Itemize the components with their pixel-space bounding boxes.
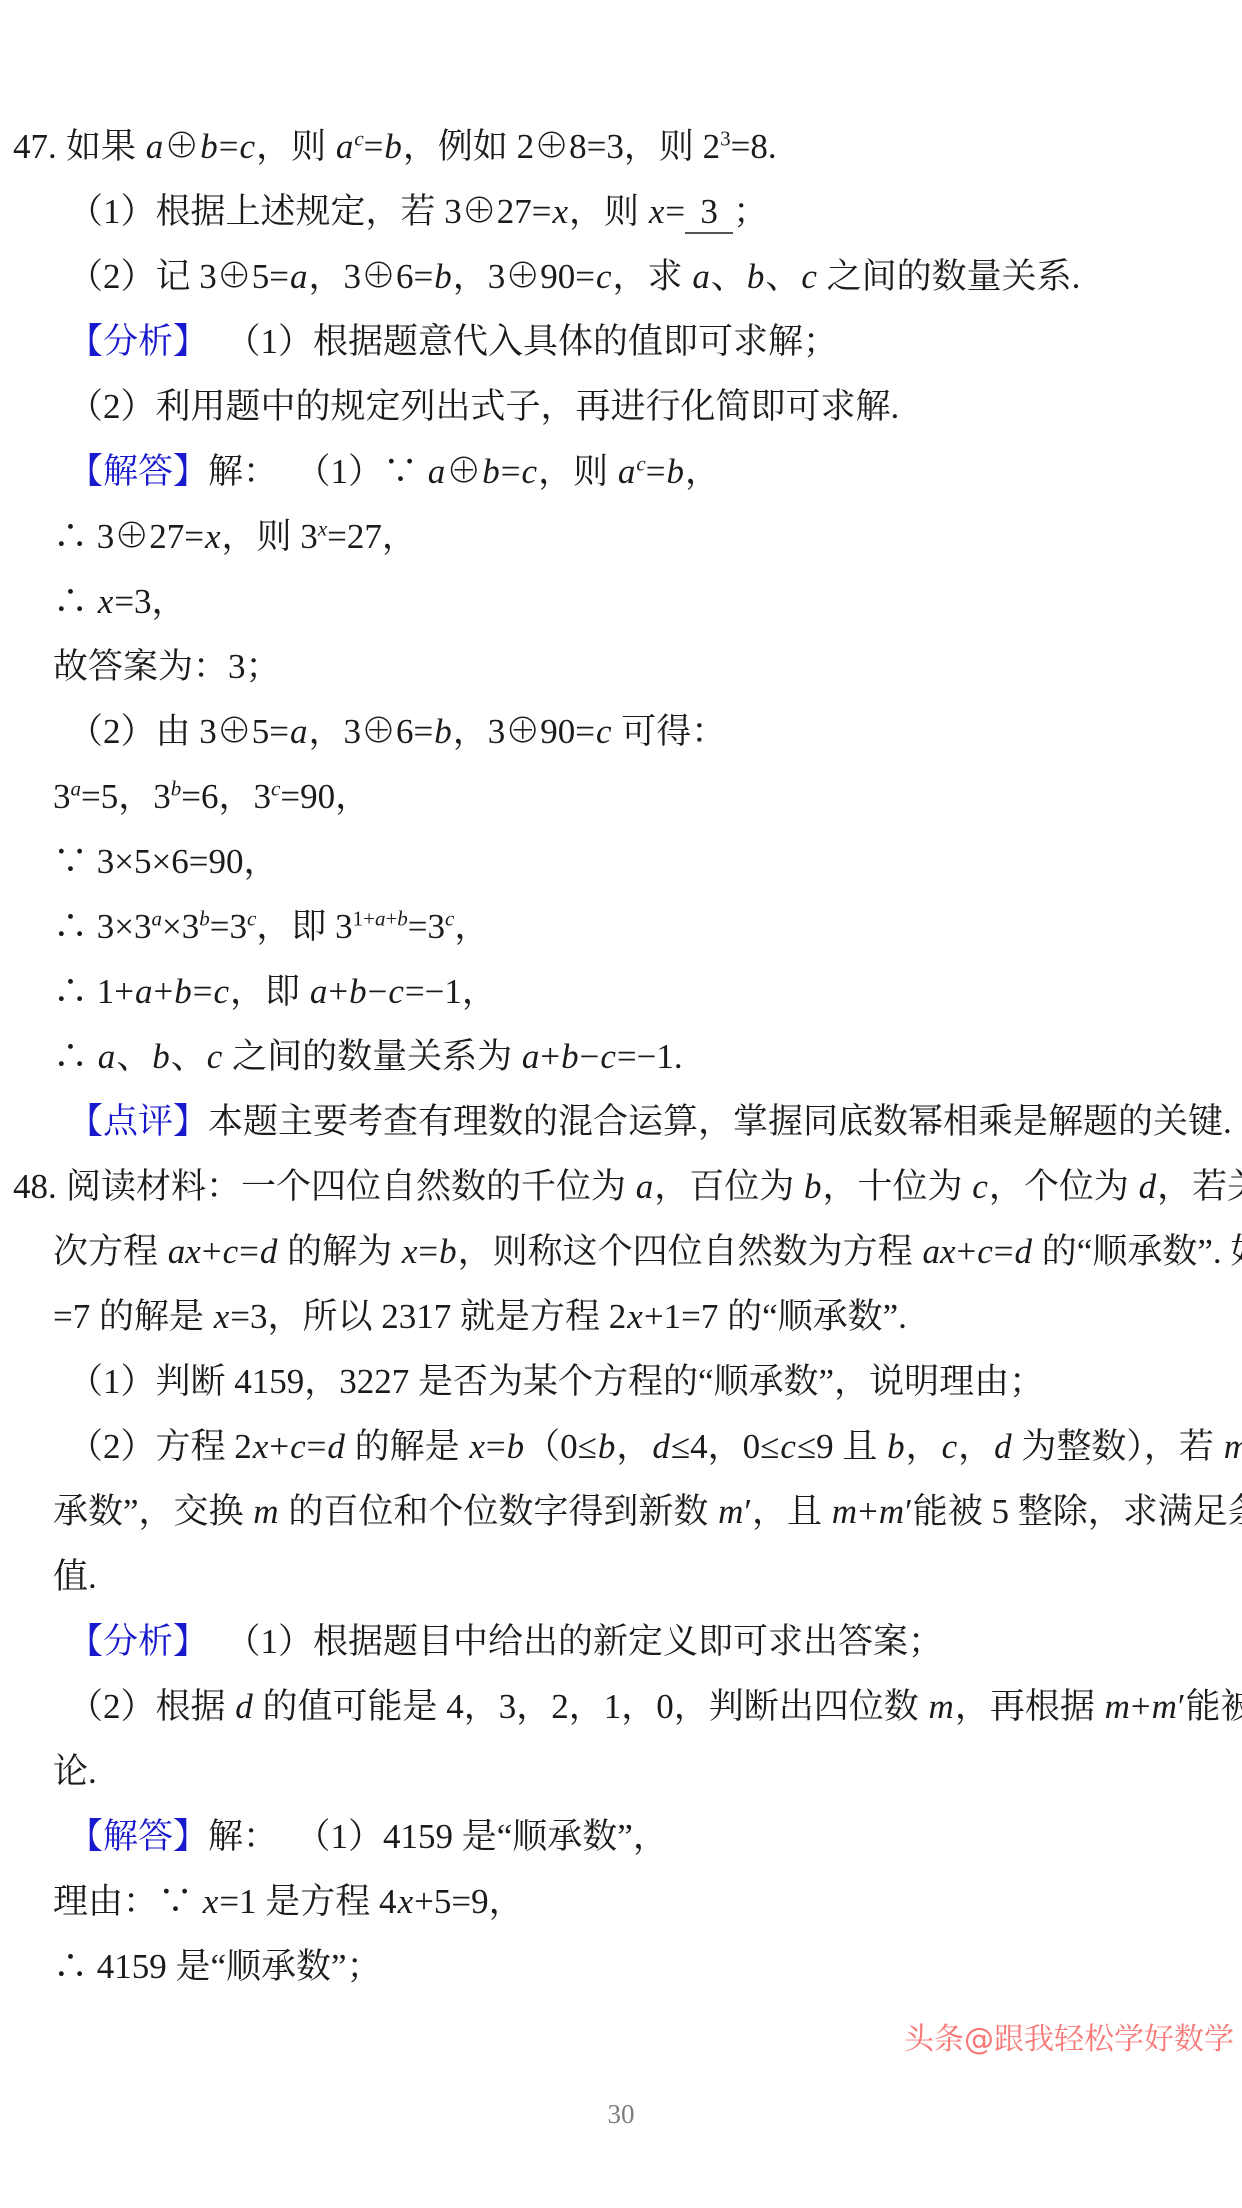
problem-48-part2a: （2）方程 2x+c=d 的解是 x=b（0≤b，d≤4，0≤c≤9 且 b，c… xyxy=(0,1414,1242,1479)
problem-48-analysis-2: （2）根据 d 的值可能是 4，3，2，1，0，判断出四位数 m，再根据 m+m… xyxy=(0,1674,1242,1739)
problem-48-solution-3: ∴ 4159 是“顺承数”； xyxy=(0,1934,1242,1999)
problem-47-analysis-2: （2）利用题中的规定列出式子，再进行化简即可求解. xyxy=(0,374,1242,439)
problem-47-solution-4: 故答案为：3； xyxy=(0,634,1242,699)
problem-48-statement-3: =7 的解是 x=3，所以 2317 就是方程 2x+1=7 的“顺承数”. xyxy=(0,1284,1242,1349)
problem-47-solution-6: 3a=5，3b=6，3c=90， xyxy=(0,764,1242,829)
section-label: 【解答】 xyxy=(68,452,208,491)
problem-47-solution-2: ∴ 3⊕27=x，则 3x=27， xyxy=(0,504,1242,569)
document-page: { "colors": { "body_text": "#1b1b1b", "l… xyxy=(0,0,1242,2208)
document-body: 47.如果 a⊕b=c，则 ac=b，例如 2⊕8=3，则 23=8.（1）根据… xyxy=(0,114,1242,1999)
problem-48-statement-1: 48.阅读材料：一个四位自然数的千位为 a，百位为 b，十位为 c，个位为 d，… xyxy=(0,1154,1242,1219)
answer-blank: 3 xyxy=(685,192,733,234)
page-number: 30 xyxy=(0,2098,1242,2130)
problem-number: 47. xyxy=(13,114,66,179)
problem-48-analysis-1: 【分析】 （1）根据题目中给出的新定义即可求出答案； xyxy=(0,1609,1242,1674)
problem-47-solution-9: ∴ 1+a+b=c，即 a+b−c=−1， xyxy=(0,959,1242,1024)
problem-47-solution-10: ∴ a、b、c 之间的数量关系为 a+b−c=−1. xyxy=(0,1024,1242,1089)
problem-47-solution-5: （2）由 3⊕5=a，3⊕6=b，3⊕90=c 可得： xyxy=(0,699,1242,764)
problem-48-part1: （1）判断 4159，3227 是否为某个方程的“顺承数”，说明理由； xyxy=(0,1349,1242,1414)
problem-47-solution-7: ∵ 3×5×6=90， xyxy=(0,829,1242,894)
problem-48-statement-2: 次方程 ax+c=d 的解为 x=b，则称这个四位自然数为方程 ax+c=d 的… xyxy=(0,1219,1242,1284)
problem-48-part2c: 值. xyxy=(0,1544,1242,1609)
section-label: 【分析】 xyxy=(68,322,208,361)
problem-48-part2b: 承数”，交换 m 的百位和个位数字得到新数 m′，且 m+m′能被 5 整除，求… xyxy=(0,1479,1242,1544)
problem-48-solution-1: 【解答】解： （1）4159 是“顺承数”， xyxy=(0,1804,1242,1869)
problem-47-solution-8: ∴ 3×3a×3b=3c，即 31+a+b=3c， xyxy=(0,894,1242,959)
section-label: 【点评】 xyxy=(68,1102,208,1141)
problem-47-solution-1: 【解答】解： （1）∵ a⊕b=c，则 ac=b， xyxy=(0,439,1242,504)
section-label: 【解答】 xyxy=(68,1817,208,1856)
watermark: 头条@跟我轻松学好数学 xyxy=(904,2022,1234,2058)
problem-47-solution-3: ∴ x=3， xyxy=(0,569,1242,634)
problem-47-analysis-1: 【分析】 （1）根据题意代入具体的值即可求解； xyxy=(0,309,1242,374)
problem-48-analysis-3: 论. xyxy=(0,1739,1242,1804)
problem-47-statement: 47.如果 a⊕b=c，则 ac=b，例如 2⊕8=3，则 23=8. xyxy=(0,114,1242,179)
problem-47-part2: （2）记 3⊕5=a，3⊕6=b，3⊕90=c，求 a、b、c 之间的数量关系. xyxy=(0,244,1242,309)
problem-number: 48. xyxy=(13,1154,66,1219)
section-label: 【分析】 xyxy=(68,1622,208,1661)
problem-47-comment: 【点评】本题主要考查有理数的混合运算，掌握同底数幂相乘是解题的关键. xyxy=(0,1089,1242,1154)
problem-48-solution-2: 理由：∵ x=1 是方程 4x+5=9， xyxy=(0,1869,1242,1934)
problem-47-part1: （1）根据上述规定，若 3⊕27=x，则 x=3； xyxy=(0,179,1242,244)
